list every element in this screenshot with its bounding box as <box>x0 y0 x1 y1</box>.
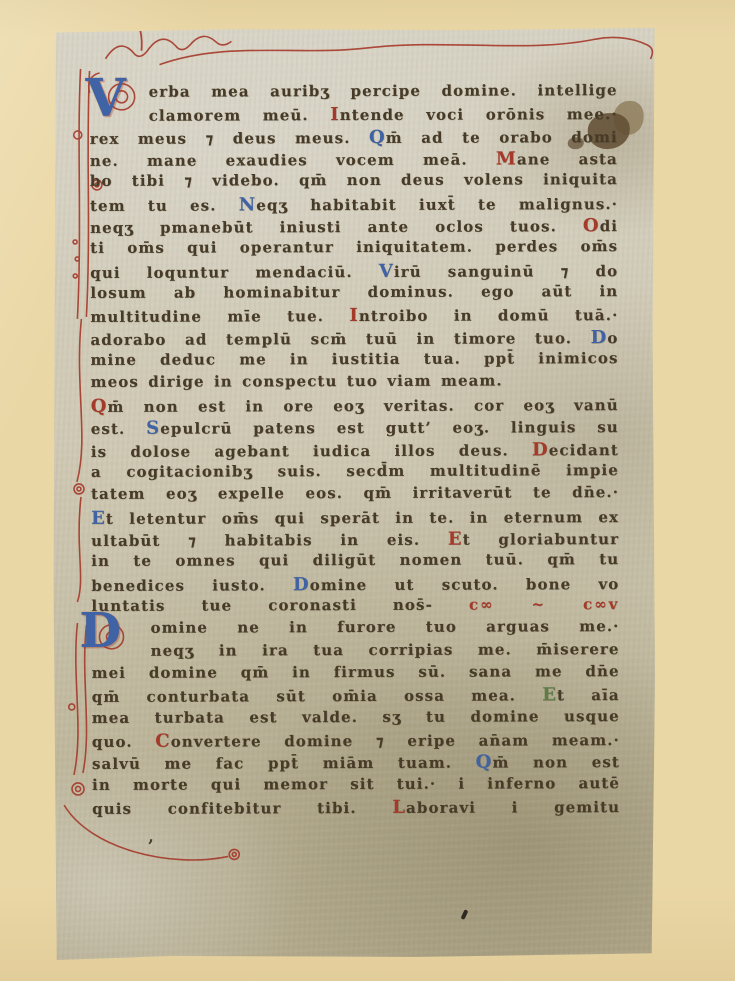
text-run: est. <box>91 420 146 438</box>
text-run: t aīa <box>557 686 620 704</box>
versal-initial: D <box>532 439 549 460</box>
text-run: ti om̄s qui operantur iniquitatem. perde… <box>90 237 618 257</box>
text-run: bo tibi ⁊ videbo. qm̄ non deus volens in… <box>90 170 618 190</box>
ink-speck <box>461 909 469 920</box>
versal-initial: E <box>448 528 463 549</box>
text-run: t letentur om̄s qui sperāt in te. in ete… <box>106 508 619 528</box>
text-run: rex meus ⁊ deus meus. <box>90 129 369 148</box>
text-run: erba mea auribʒ percipe domine. intellig… <box>149 81 618 101</box>
text-run: eqʒ habitabit iuxt̄ te malignus.· <box>256 195 618 214</box>
text-line: mea turbata est valde. sʒ tu domine usqu… <box>92 707 620 731</box>
line-filler: c∞ ~ c∞v <box>469 595 620 614</box>
text-line: in morte qui memor sit tui.· i inferno a… <box>92 774 620 798</box>
versal-initial: Q <box>369 127 386 148</box>
text-line: neqʒ in ira tua corripias me. m̄iserere <box>92 640 620 664</box>
text-line: multitudine mīe tue. Introibo in domū tu… <box>90 305 618 329</box>
versal-initial: D <box>591 327 608 348</box>
versal-initial: E <box>542 685 557 706</box>
text-run: m̄ ad te orabo domi <box>386 128 618 147</box>
text-run: clamorem meū. <box>149 106 331 125</box>
foot-mark: , <box>148 827 154 846</box>
text-run: omine ne in furore tuo arguas me.· <box>150 617 619 637</box>
text-line: is dolose agebant iudica illos deus. Dec… <box>91 439 619 463</box>
versal-initial: V <box>379 261 394 282</box>
text-run: losum ab hominabitur dominus. ego aūt in <box>90 282 618 302</box>
text-line: benedices iusto. Domine ut scuto. bone v… <box>91 573 619 597</box>
text-line: tem tu es. Neqʒ habitabit iuxt̄ te malig… <box>90 193 618 217</box>
text-line: est. Sepulcrū patens est gutt’ eoʒ. ling… <box>91 416 619 440</box>
text-line: rex meus ⁊ deus meus. Qm̄ ad te orabo do… <box>90 126 618 150</box>
text-line: clamorem meū. Intende voci orōnis mee.· <box>90 103 618 127</box>
text-run: onvertere domine ⁊ eripe an̄am meam.· <box>171 731 620 751</box>
versal-initial: D <box>293 574 310 595</box>
text-block: erba mea auribʒ percipe domine. intellig… <box>90 81 621 820</box>
text-line: mine deduc me in iustitia tua. ppt̄ inim… <box>91 349 619 373</box>
text-run: ntroibo in domū tuā.· <box>359 307 619 326</box>
text-run: di <box>600 217 618 235</box>
text-run: t gloriabuntur <box>463 530 620 549</box>
text-line: omine ne in furore tuo arguas me.· <box>91 617 619 641</box>
photograph-background: { "colors":{"mount":"#ead7a6","ink":"#47… <box>0 0 735 981</box>
text-line: neqʒ pmanebūt iniusti ante oclos tuos. O… <box>90 215 618 239</box>
versal-initial: S <box>146 418 160 439</box>
text-line: tatem eoʒ expelle eos. qm̄ irritaverūt t… <box>91 483 619 507</box>
text-run: omine ut scuto. bone vo <box>310 575 620 594</box>
text-line: Qm̄ non est in ore eoʒ veritas. cor eoʒ … <box>91 394 619 418</box>
text-run: quo. <box>92 733 155 751</box>
text-run: tatem eoʒ expelle eos. qm̄ irritaverūt t… <box>91 483 619 503</box>
text-line: salvū me fac ppt̄ miām tuam. Qm̄ non est <box>92 751 620 775</box>
text-line: meos dirige in conspectu tuo viam meam. <box>91 372 619 396</box>
text-line: Et letentur om̄s qui sperāt in te. in et… <box>91 506 619 530</box>
text-run: adorabo ad templū scm̄ tuū in timore tuo… <box>90 329 590 349</box>
text-run: mine deduc me in iustitia tua. ppt̄ inim… <box>91 349 619 369</box>
text-run: ultabūt ⁊ habitabis in eis. <box>91 531 448 550</box>
text-run: in te omnes qui diligūt nomen tuū. qm̄ t… <box>91 550 619 570</box>
text-line: luntatis tue coronasti nos̄- c∞ ~ c∞v <box>91 595 619 619</box>
text-run: ane asta <box>517 150 618 168</box>
text-run: neqʒ pmanebūt iniusti ante oclos tuos. <box>90 217 583 237</box>
text-run: irū sanguinū ⁊ do <box>394 262 618 281</box>
text-line: adorabo ad templū scm̄ tuū in timore tuo… <box>90 327 618 351</box>
text-run: is dolose agebant iudica illos deus. <box>91 441 532 461</box>
text-line: in te omnes qui diligūt nomen tuū. qm̄ t… <box>91 550 619 574</box>
text-line: erba mea auribʒ percipe domine. intellig… <box>90 81 618 105</box>
versal-initial: M <box>496 148 517 169</box>
text-line: qui loquntur mendaciū. Virū sanguinū ⁊ d… <box>90 260 618 284</box>
text-run: mei domine qm̄ in firmus sū. sana me dn̄… <box>92 662 620 682</box>
text-run: qui loquntur mendaciū. <box>90 263 379 282</box>
text-run: benedices iusto. <box>91 576 293 595</box>
text-line: qm̄ conturbata sūt om̄ia ossa mea. Et aī… <box>92 684 620 708</box>
text-run: meos dirige in conspectu tuo viam meam. <box>91 372 503 391</box>
text-line: mei domine qm̄ in firmus sū. sana me dn̄… <box>92 662 620 686</box>
text-run: tem tu es. <box>90 196 239 215</box>
text-run: multitudine mīe tue. <box>90 307 349 326</box>
versal-initial: E <box>91 507 106 528</box>
text-line: ultabūt ⁊ habitabis in eis. Et gloriabun… <box>91 528 619 552</box>
versal-initial: Q <box>476 752 493 773</box>
text-run: salvū me fac ppt̄ miām tuam. <box>92 754 476 773</box>
versal-initial: N <box>239 194 257 215</box>
text-line: ti om̄s qui operantur iniquitatem. perde… <box>90 237 618 261</box>
versal-initial: I <box>330 104 340 125</box>
text-run: o <box>607 329 618 347</box>
text-run: neqʒ in ira tua corripias me. m̄iserere <box>151 640 620 660</box>
versal-initial: I <box>349 305 359 326</box>
text-line: bo tibi ⁊ videbo. qm̄ non deus volens in… <box>90 170 618 194</box>
text-run: m̄ non est <box>492 753 620 771</box>
versal-initial: L <box>392 797 406 818</box>
text-line: quo. Convertere domine ⁊ eripe an̄am mea… <box>92 729 620 753</box>
manuscript-leaf: V D erba mea auribʒ percipe domine. inte… <box>47 25 659 960</box>
versal-initial: Q <box>91 396 108 417</box>
text-line: ne. mane exaudies vocem meā. Mane asta <box>90 148 618 172</box>
text-run: ne. mane exaudies vocem meā. <box>90 151 496 170</box>
versal-initial: O <box>583 215 600 236</box>
text-run: qm̄ conturbata sūt om̄ia ossa mea. <box>92 687 543 707</box>
text-run: ntende voci orōnis mee.· <box>340 105 618 124</box>
text-run: aboravi i gemitu <box>406 798 620 817</box>
versal-initial: C <box>155 731 171 752</box>
text-run: luntatis tue coronasti nos̄- <box>91 596 469 615</box>
text-run: mea turbata est valde. sʒ tu domine usqu… <box>92 707 620 727</box>
text-line: losum ab hominabitur dominus. ego aūt in <box>90 282 618 306</box>
text-run: epulcrū patens est gutt’ eoʒ. linguis su <box>160 418 619 438</box>
text-run: ecidant <box>549 441 619 459</box>
text-run: a cogitacionibʒ suis. secd̄m multitudinē… <box>91 461 619 481</box>
text-line: quis confitebitur tibi. Laboravi i gemit… <box>92 796 620 820</box>
text-line: a cogitacionibʒ suis. secd̄m multitudinē… <box>91 461 619 485</box>
text-run: in morte qui memor sit tui.· i inferno a… <box>92 774 620 794</box>
text-run: quis confitebitur tibi. <box>92 799 392 818</box>
text-run: m̄ non est in ore eoʒ veritas. cor eoʒ v… <box>107 396 618 416</box>
